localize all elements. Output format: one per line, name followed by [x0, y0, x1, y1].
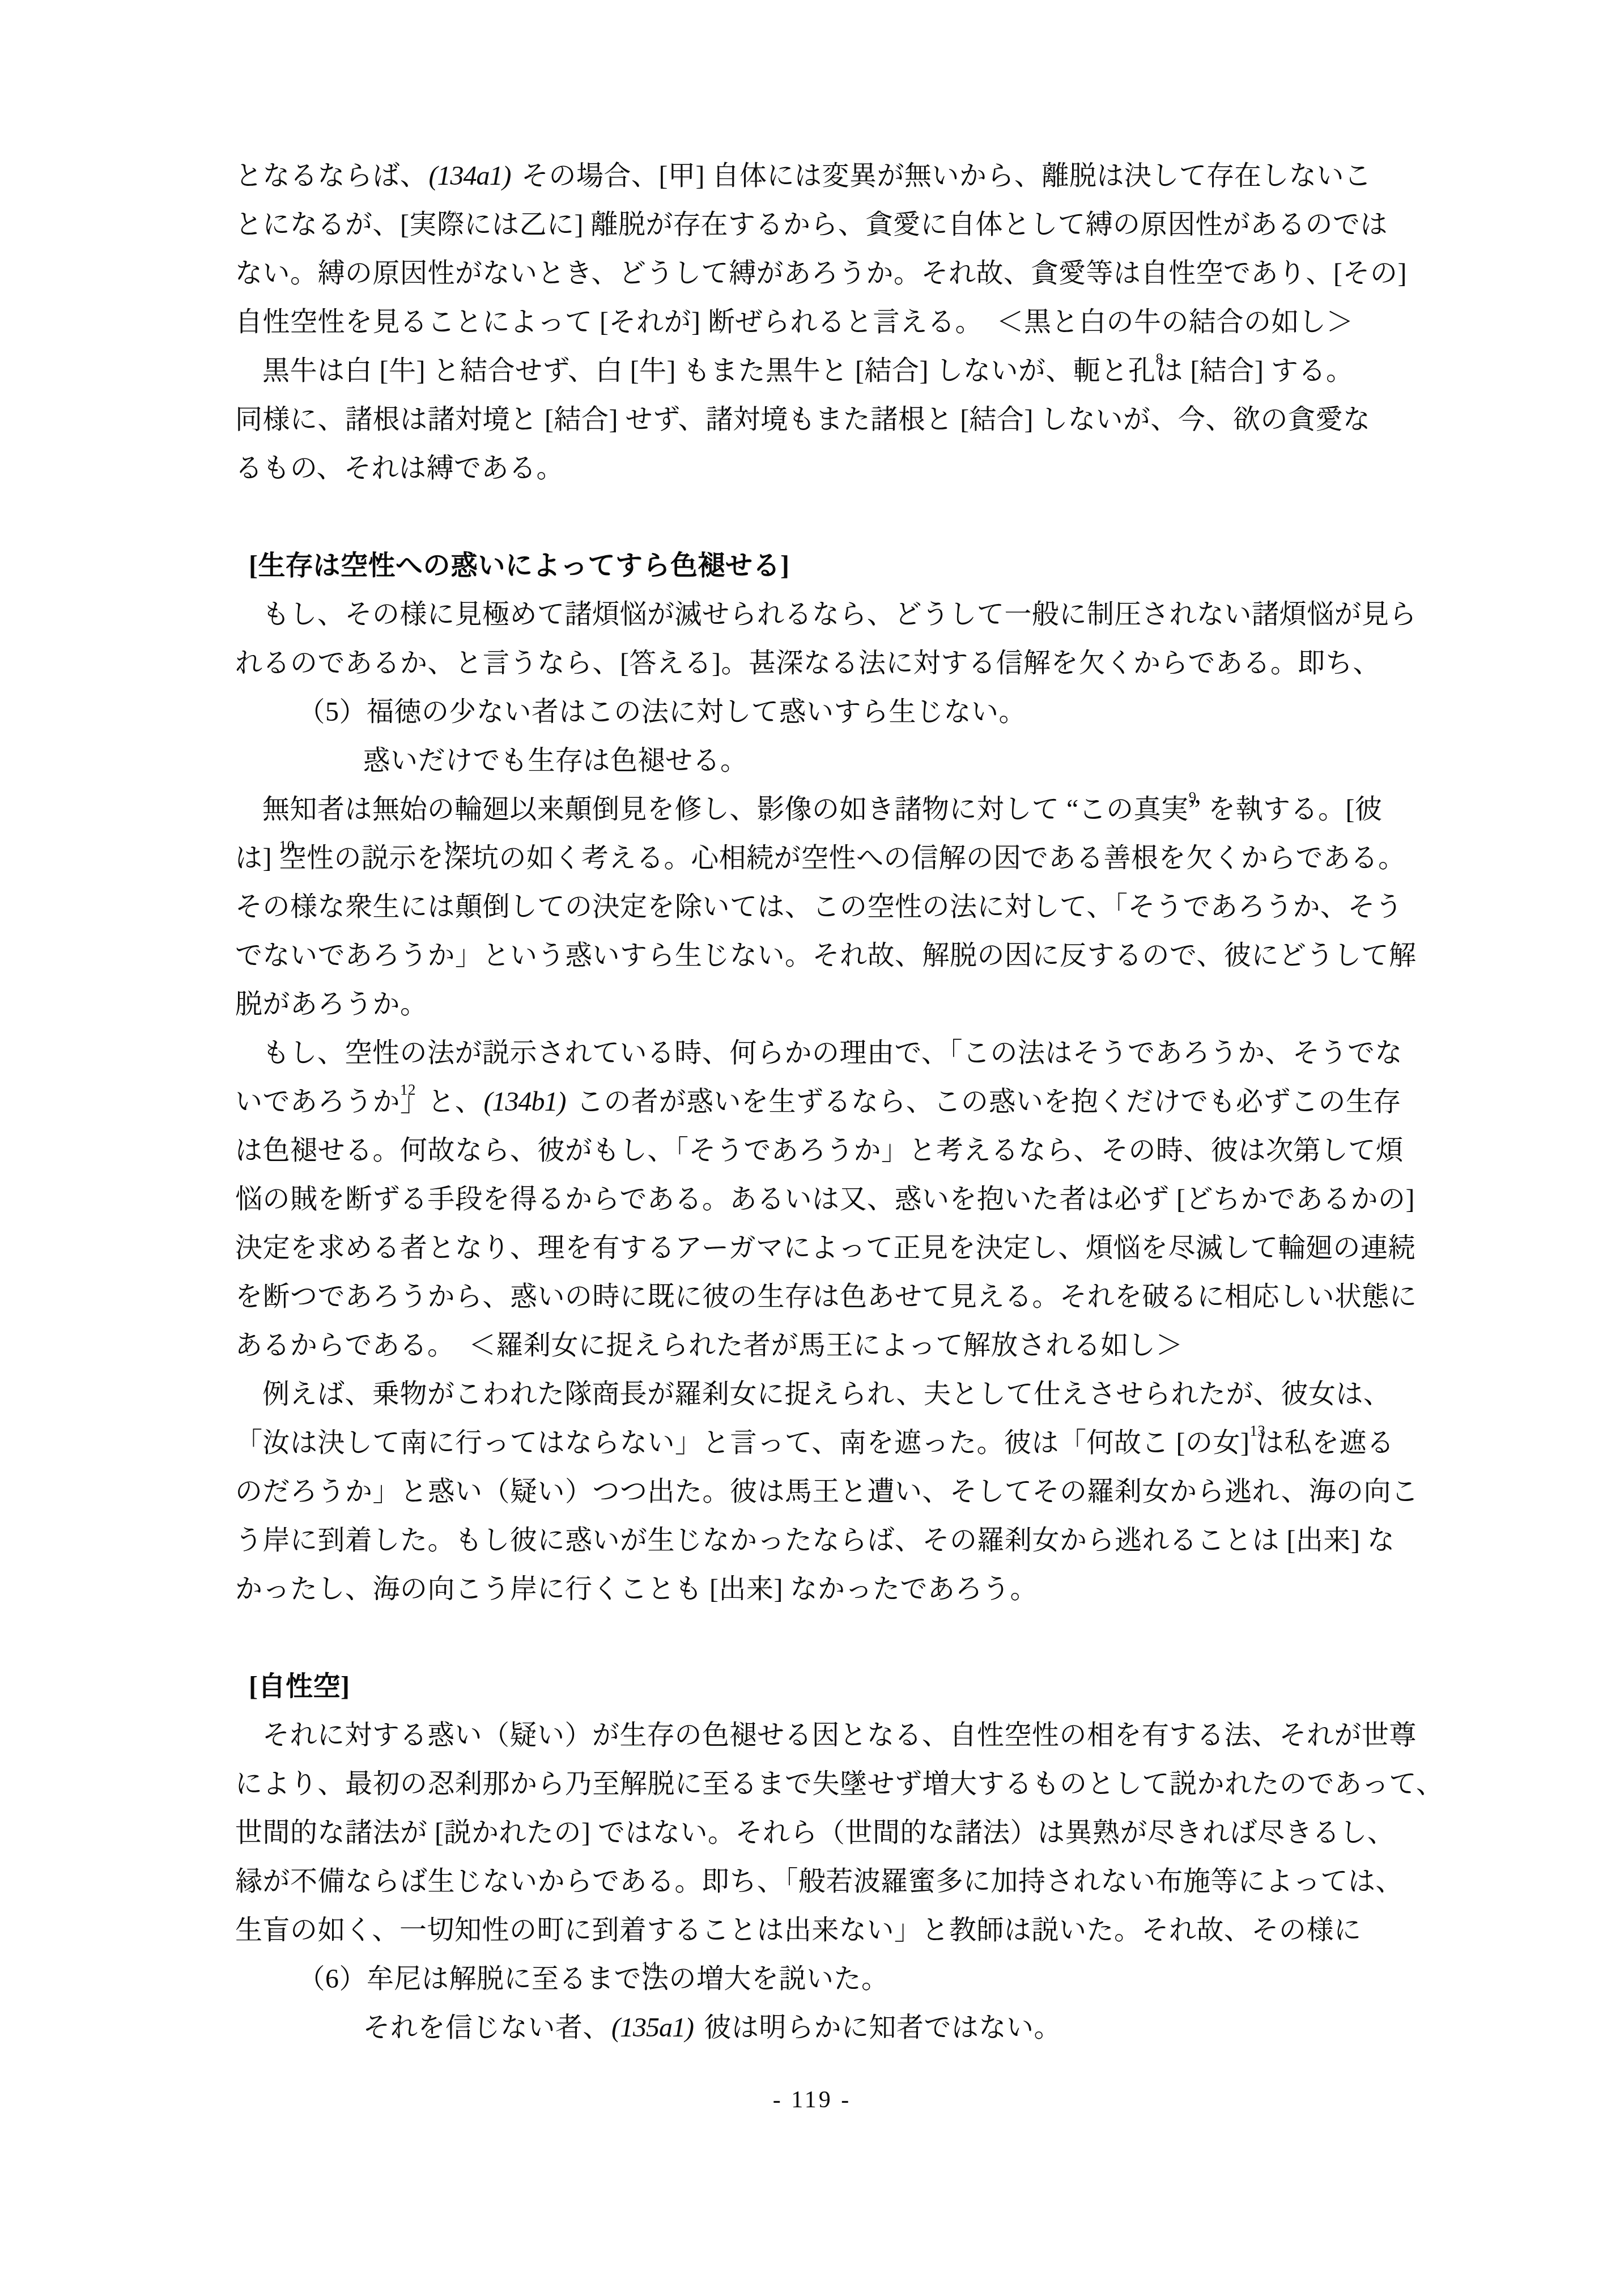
text-line: は色褪せる。何故なら、彼がもし、「そうであろうか」と考えるなら、その時、彼は次第… [235, 1126, 1442, 1175]
text-line: とになるが、[実際には乙に] 離脱が存在するから、貪愛に自体として縛の原因性があ… [235, 201, 1442, 249]
text-run: その場合、[甲] 自体には変異が無いから、離脱は決して存在しないこ [514, 161, 1371, 191]
text-run: 悩の賊を断ずる手段を得るからである。あるいは又、惑いを抱いた者は必ず [どちかで… [235, 1184, 1415, 1214]
text-run: う岸に到着した。もし彼に惑いが生じなかったならば、その羅刹女から逃れることは [… [235, 1525, 1395, 1555]
text-run: を断つであろうから、惑いの時に既に彼の生存は色あせて見える。それを破るに相応しい… [235, 1282, 1417, 1312]
text-run: かったし、海の向こう岸に行くことも [出来] なかったであろう。 [235, 1574, 1038, 1604]
text-run: 同様に、諸根は諸対境と [結合] せず、諸対境もまた諸根と [結合] しないが、… [235, 405, 1371, 435]
text-line: れるのであるか、と言うなら、[答える]。甚深なる法に対する信解を欠くからである。… [235, 639, 1442, 688]
text-run: 縁が不備ならば生じないからである。即ち、「般若波羅蜜多に加持されない布施等によっ… [235, 1866, 1403, 1897]
text-line: 無知者は無始の輪廻以来顛倒見を修し、影像の如き諸物に対して “この真実9” を執… [235, 785, 1442, 834]
text-run: るもの、それは縛である。 [235, 453, 564, 483]
text-line: のだろうか」と惑い（疑い）つつ出た。彼は馬王と遭い、そしてその羅刹女から逃れ、海… [235, 1468, 1442, 1516]
text-run: 世間的な諸法が [説かれたの] ではない。それら（世間的な諸法）は異熟が尽きれば… [235, 1818, 1395, 1848]
text-line: を断つであろうから、惑いの時に既に彼の生存は色あせて見える。それを破るに相応しい… [235, 1273, 1442, 1321]
folio-marker: (135a1) [610, 2013, 697, 2043]
text-run: その様な衆生には顛倒しての決定を除いては、この空性の法に対して、「そうであろうか… [235, 892, 1403, 922]
text-run: 脱があろうか。 [235, 989, 428, 1019]
text-line: その様な衆生には顛倒しての決定を除いては、この空性の法に対して、「そうであろうか… [235, 883, 1442, 932]
text-run: 「汝は決して南に行ってはならない」と言って、南を遮った。彼は「何故こ [の女] [235, 1428, 1250, 1458]
text-run: （6）牟尼は解脱に至るまで [297, 1964, 641, 1994]
section-heading: [生存は空性への惑いによってすら色褪せる] [235, 542, 1442, 590]
text-run: 黒牛は白 [牛] と結合せず、白 [牛] もまた黒牛と [結合] しないが、軛と… [262, 356, 1156, 386]
text-run: でないであろうか」という惑いすら生じない。それ故、解脱の因に反するので、彼にどう… [235, 941, 1417, 971]
text-line: るもの、それは縛である。 [235, 444, 1442, 493]
blank-line [235, 493, 1442, 542]
text-line: もし、その様に見極めて諸煩悩が滅せられるなら、どうして一般に制圧されない諸煩悩が… [235, 590, 1442, 639]
page-number: - 119 - [0, 2086, 1624, 2114]
text-line: 「汝は決して南に行ってはならない」と言って、南を遮った。彼は「何故こ [の女]1… [235, 1419, 1442, 1468]
text-run: のだろうか」と惑い（疑い）つつ出た。彼は馬王と遭い、そしてその羅刹女から逃れ、海… [235, 1477, 1418, 1507]
section-heading: [自性空] [235, 1663, 1442, 1711]
text-run: 彼は明らかに知者ではない。 [697, 2013, 1061, 2043]
text-run: 深坑の如く考える。心相続が空性への信解の因である善根を欠くからである。 [444, 843, 1406, 873]
text-run: 法の増大を説いた。 [641, 1964, 889, 1994]
text-run: それを信じない者、 [363, 2013, 611, 2043]
text-run: は [結合] する。 [1156, 356, 1354, 386]
text-line: 縁が不備ならば生じないからである。即ち、「般若波羅蜜多に加持されない布施等によっ… [235, 1857, 1442, 1906]
text-line: それに対する惑い（疑い）が生存の色褪せる因となる、自性空性の相を有する法、それが… [235, 1711, 1442, 1760]
text-run: 生盲の如く、一切知性の町に到着することは出来ない」と教師は説いた。それ故、その様… [235, 1915, 1362, 1945]
text-line: 世間的な諸法が [説かれたの] ではない。それら（世間的な諸法）は異熟が尽きれば… [235, 1809, 1442, 1857]
text-run: （5）福徳の少ない者はこの法に対して惑いすら生じない。 [297, 697, 1026, 727]
text-line: 悩の賊を断ずる手段を得るからである。あるいは又、惑いを抱いた者は必ず [どちかで… [235, 1175, 1442, 1224]
text-run: [自性空] [249, 1672, 350, 1702]
text-line: ない。縛の原因性がないとき、どうして縛があろうか。それ故、貪愛等は自性空であり、… [235, 249, 1442, 298]
text-line: 脱があろうか。 [235, 980, 1442, 1029]
text-line: う岸に到着した。もし彼に惑いが生じなかったならば、その羅刹女から逃れることは [… [235, 1516, 1442, 1565]
text-line: 生盲の如く、一切知性の町に到着することは出来ない」と教師は説いた。それ故、その様… [235, 1906, 1442, 1955]
folio-marker: (134b1) [483, 1087, 569, 1117]
document-body: となるならば、(134a1) その場合、[甲] 自体には変異が無いから、離脱は決… [235, 152, 1442, 2052]
text-run: もし、その様に見極めて諸煩悩が滅せられるなら、どうして一般に制圧されない諸煩悩が… [262, 599, 1417, 630]
text-run: とになるが、[実際には乙に] 離脱が存在するから、貪愛に自体として縛の原因性があ… [235, 210, 1388, 240]
text-run: ない。縛の原因性がないとき、どうして縛があろうか。それ故、貪愛等は自性空であり、… [235, 258, 1407, 288]
text-run: それに対する惑い（疑い）が生存の色褪せる因となる、自性空性の相を有する法、それが… [262, 1720, 1417, 1750]
text-run: 空性の説示を [279, 843, 444, 873]
text-line: 惑いだけでも生存は色褪せる。 [235, 737, 1442, 785]
text-run: により、最初の忍刹那から乃至解脱に至るまで失墜せず増大するものとして説かれたので… [235, 1769, 1444, 1799]
text-run: [生存は空性への惑いによってすら色褪せる] [249, 551, 789, 581]
text-line: は] 10空性の説示を11深坑の如く考える。心相続が空性への信解の因である善根を… [235, 834, 1442, 883]
text-run: 惑いだけでも生存は色褪せる。 [363, 746, 748, 776]
text-run: もし、空性の法が説示されている時、何らかの理由で、「この法はそうであろうか、そう… [262, 1038, 1402, 1068]
document-page: となるならば、(134a1) その場合、[甲] 自体には変異が無いから、離脱は決… [0, 0, 1624, 2296]
text-run: この者が惑いを生ずるなら、この惑いを抱くだけでも必ずこの生存 [569, 1087, 1401, 1117]
text-line: となるならば、(134a1) その場合、[甲] 自体には変異が無いから、離脱は決… [235, 152, 1442, 201]
text-run: いであろうか [235, 1087, 400, 1117]
text-line: それを信じない者、(135a1) 彼は明らかに知者ではない。 [235, 2004, 1442, 2052]
text-run: 自性空性を見ることによって [それが] 断ぜられると言える。 ＜黒と白の牛の結合… [235, 307, 1354, 337]
text-line: 例えば、乗物がこわれた隊商長が羅刹女に捉えられ、夫として仕えさせられたが、彼女は… [235, 1370, 1442, 1419]
text-run: れるのであるか、と言うなら、[答える]。甚深なる法に対する信解を欠くからである。… [235, 648, 1380, 678]
text-line: かったし、海の向こう岸に行くことも [出来] なかったであろう。 [235, 1565, 1442, 1614]
text-run: は] [235, 843, 279, 873]
text-line: （6）牟尼は解脱に至るまで14法の増大を説いた。 [235, 1955, 1442, 2004]
text-run: 無知者は無始の輪廻以来顛倒見を修し、影像の如き諸物に対して “この真実 [262, 794, 1189, 824]
folio-marker: (134a1) [428, 161, 515, 191]
text-run: は色褪せる。何故なら、彼がもし、「そうであろうか」と考えるなら、その時、彼は次第… [235, 1136, 1404, 1166]
text-line: あるからである。 ＜羅刹女に捉えられた者が馬王によって解放される如し＞ [235, 1321, 1442, 1370]
text-line: （5）福徳の少ない者はこの法に対して惑いすら生じない。 [235, 688, 1442, 737]
text-line: 自性空性を見ることによって [それが] 断ぜられると言える。 ＜黒と白の牛の結合… [235, 298, 1442, 347]
text-run: ” を執する。[彼 [1189, 794, 1383, 824]
text-run: あるからである。 ＜羅刹女に捉えられた者が馬王によって解放される如し＞ [235, 1330, 1183, 1360]
text-line: いであろうか12」と、(134b1) この者が惑いを生ずるなら、この惑いを抱くだ… [235, 1078, 1442, 1126]
text-run: は私を遮る [1250, 1428, 1395, 1458]
text-line: もし、空性の法が説示されている時、何らかの理由で、「この法はそうであろうか、そう… [235, 1029, 1442, 1078]
text-line: 決定を求める者となり、理を有するアーガマによって正見を決定し、煩悩を尽滅して輪廻… [235, 1224, 1442, 1273]
text-line: 黒牛は白 [牛] と結合せず、白 [牛] もまた黒牛と [結合] しないが、軛と… [235, 347, 1442, 396]
blank-line [235, 1614, 1442, 1663]
text-run: 決定を求める者となり、理を有するアーガマによって正見を決定し、煩悩を尽滅して輪廻… [235, 1233, 1415, 1263]
text-run: 例えば、乗物がこわれた隊商長が羅刹女に捉えられ、夫として仕えさせられたが、彼女は… [262, 1379, 1391, 1409]
text-line: でないであろうか」という惑いすら生じない。それ故、解脱の因に反するので、彼にどう… [235, 932, 1442, 980]
text-run: となるならば、 [235, 161, 428, 191]
text-line: 同様に、諸根は諸対境と [結合] せず、諸対境もまた諸根と [結合] しないが、… [235, 396, 1442, 444]
text-line: により、最初の忍刹那から乃至解脱に至るまで失墜せず増大するものとして説かれたので… [235, 1760, 1442, 1809]
